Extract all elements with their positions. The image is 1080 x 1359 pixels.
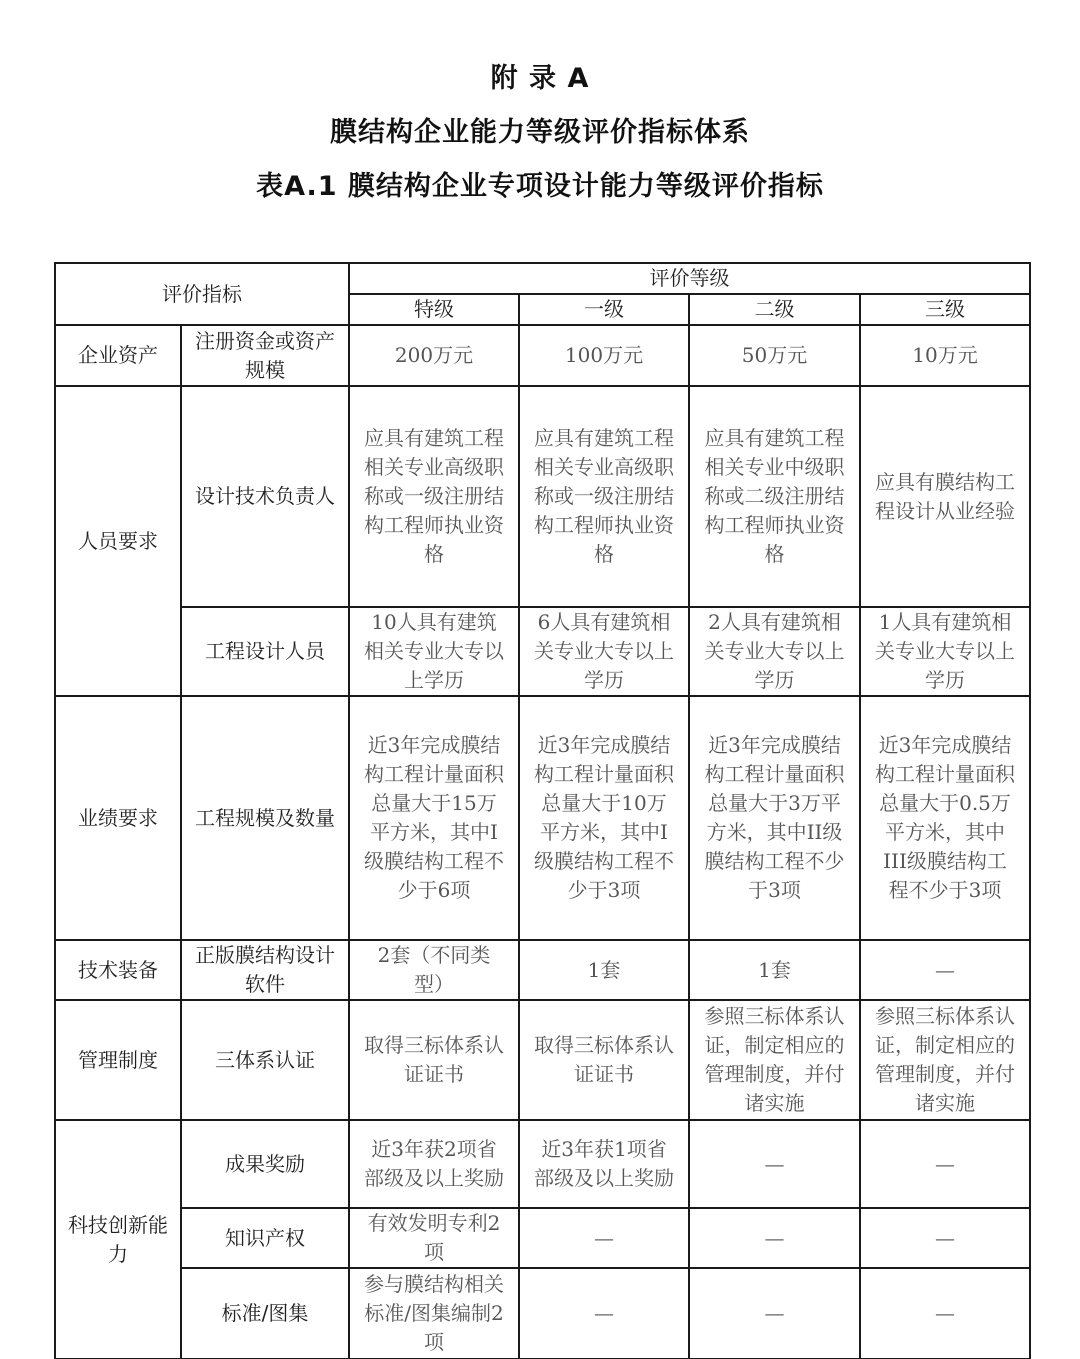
table-row: 工程设计人员 10人具有建筑相关专业大专以上学历 6人具有建筑相关专业大专以上学… [55,607,1030,696]
header-grade-3: 三级 [860,294,1030,325]
value-cell: 近3年获1项省部级及以上奖励 [519,1120,689,1208]
value-cell: 200万元 [349,325,519,386]
table-row: 科技创新能力 成果奖励 近3年获2项省部级及以上奖励 近3年获1项省部级及以上奖… [55,1120,1030,1208]
table-row: 知识产权 有效发明专利2项 — — — [55,1208,1030,1268]
item-cell: 知识产权 [181,1208,349,1268]
category-cell: 科技创新能力 [55,1120,181,1359]
header-grade-special: 特级 [349,294,519,325]
value-cell: 1套 [519,940,689,1000]
value-cell: — [860,940,1030,1000]
header-grade-group: 评价等级 [349,263,1030,294]
value-cell: 近3年完成膜结构工程计量面积总量大于3万平方米，其中II级膜结构工程不少于3项 [689,696,860,940]
item-cell: 三体系认证 [181,1000,349,1120]
item-cell: 注册资金或资产规模 [181,325,349,386]
value-cell: 近3年完成膜结构工程计量面积总量大于15万平方米，其中I级膜结构工程不少于6项 [349,696,519,940]
header-row: 评价指标 评价等级 [55,263,1030,294]
table-row: 业绩要求 工程规模及数量 近3年完成膜结构工程计量面积总量大于15万平方米，其中… [55,696,1030,940]
table-row: 人员要求 设计技术负责人 应具有建筑工程相关专业高级职称或一级注册结构工程师执业… [55,386,1030,607]
category-cell: 人员要求 [55,386,181,696]
value-cell: — [860,1208,1030,1268]
item-cell: 工程规模及数量 [181,696,349,940]
value-cell: 取得三标体系认证证书 [519,1000,689,1120]
value-cell: 50万元 [689,325,860,386]
item-cell: 成果奖励 [181,1120,349,1208]
value-cell: 参与膜结构相关标准/图集编制2项 [349,1268,519,1359]
evaluation-table: 评价指标 评价等级 特级 一级 二级 三级 企业资产 注册资金或资产规模 200… [54,262,1031,1359]
value-cell: 10人具有建筑相关专业大专以上学历 [349,607,519,696]
item-cell: 工程设计人员 [181,607,349,696]
value-cell: 近3年获2项省部级及以上奖励 [349,1120,519,1208]
header-grade-1: 一级 [519,294,689,325]
value-cell: — [689,1120,860,1208]
system-title: 膜结构企业能力等级评价指标体系 [0,110,1080,149]
value-cell: 取得三标体系认证证书 [349,1000,519,1120]
value-cell: 应具有膜结构工程设计从业经验 [860,386,1030,607]
value-cell: 2人具有建筑相关专业大专以上学历 [689,607,860,696]
table-row: 企业资产 注册资金或资产规模 200万元 100万元 50万元 10万元 [55,325,1030,386]
value-cell: 应具有建筑工程相关专业高级职称或一级注册结构工程师执业资格 [349,386,519,607]
value-cell: 近3年完成膜结构工程计量面积总量大于0.5万平方米，其中III级膜结构工程不少于… [860,696,1030,940]
value-cell: — [519,1208,689,1268]
value-cell: 100万元 [519,325,689,386]
table-title: 表A.1 膜结构企业专项设计能力等级评价指标 [0,164,1080,203]
value-cell: 2套（不同类型） [349,940,519,1000]
value-cell: — [860,1120,1030,1208]
value-cell: 1人具有建筑相关专业大专以上学历 [860,607,1030,696]
table-row: 管理制度 三体系认证 取得三标体系认证证书 取得三标体系认证证书 参照三标体系认… [55,1000,1030,1120]
item-cell: 正版膜结构设计软件 [181,940,349,1000]
item-cell: 设计技术负责人 [181,386,349,607]
category-cell: 业绩要求 [55,696,181,940]
value-cell: 1套 [689,940,860,1000]
value-cell: — [860,1268,1030,1359]
value-cell: 参照三标体系认证，制定相应的管理制度，并付诸实施 [689,1000,860,1120]
table-row: 技术装备 正版膜结构设计软件 2套（不同类型） 1套 1套 — [55,940,1030,1000]
value-cell: 有效发明专利2项 [349,1208,519,1268]
header-indicator: 评价指标 [55,263,349,325]
value-cell: — [689,1208,860,1268]
appendix-heading: 附 录 A [0,56,1080,95]
category-cell: 管理制度 [55,1000,181,1120]
value-cell: 参照三标体系认证，制定相应的管理制度，并付诸实施 [860,1000,1030,1120]
value-cell: 近3年完成膜结构工程计量面积总量大于10万平方米，其中I级膜结构工程不少于3项 [519,696,689,940]
category-cell: 企业资产 [55,325,181,386]
category-cell: 技术装备 [55,940,181,1000]
header-grade-2: 二级 [689,294,860,325]
value-cell: 应具有建筑工程相关专业中级职称或二级注册结构工程师执业资格 [689,386,860,607]
value-cell: — [519,1268,689,1359]
item-cell: 标准/图集 [181,1268,349,1359]
value-cell: — [689,1268,860,1359]
value-cell: 10万元 [860,325,1030,386]
value-cell: 6人具有建筑相关专业大专以上学历 [519,607,689,696]
table-row: 标准/图集 参与膜结构相关标准/图集编制2项 — — — [55,1268,1030,1359]
value-cell: 应具有建筑工程相关专业高级职称或一级注册结构工程师执业资格 [519,386,689,607]
